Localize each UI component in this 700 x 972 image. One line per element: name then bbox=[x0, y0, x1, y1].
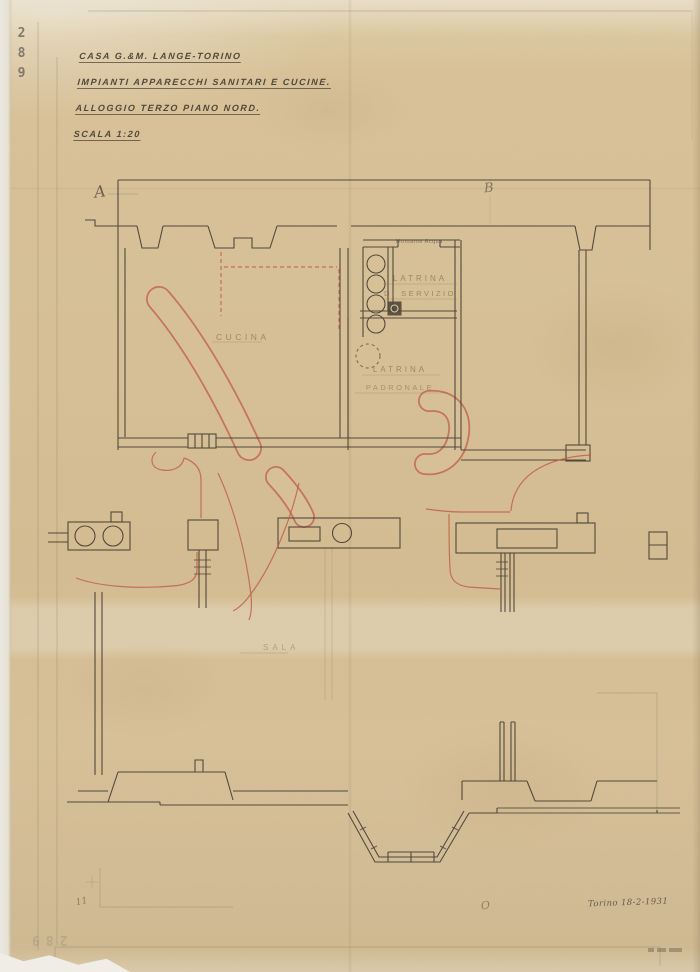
red-pipe-lines bbox=[76, 252, 591, 620]
north-wall bbox=[85, 180, 650, 250]
torn-edge-bottom-left bbox=[0, 948, 130, 972]
right-room-walls bbox=[461, 250, 590, 461]
title-line-4: SCALA 1:20 bbox=[73, 129, 141, 141]
kitchen-walls bbox=[118, 180, 461, 450]
archive-stamp-bottom: 289 bbox=[26, 932, 67, 947]
paper-stain bbox=[520, 280, 700, 410]
pipe-shaft-circles bbox=[356, 255, 385, 368]
illegible-annotation bbox=[648, 948, 686, 952]
title-block: CASA G.&M. LANGE-TORINO IMPIANTI APPAREC… bbox=[72, 50, 333, 154]
paper-stain bbox=[60, 640, 230, 740]
middle-spine bbox=[48, 512, 667, 612]
double-sink-fixture bbox=[68, 522, 130, 550]
room-labels: CUCINA LATRINA DI SERVIZIO LATRINA PADRO… bbox=[216, 239, 456, 652]
center-pier-block bbox=[278, 518, 400, 548]
flue-block bbox=[188, 520, 218, 550]
edge-fixture-box bbox=[649, 532, 667, 559]
bay-window-outer bbox=[348, 813, 469, 862]
drain-box-symbol bbox=[388, 302, 401, 315]
label-rules bbox=[212, 284, 457, 653]
paper-light-band-top bbox=[0, 0, 700, 36]
future-fixture-dashed-circle bbox=[356, 344, 380, 368]
paper-light-band-middle bbox=[0, 596, 700, 660]
window-mullion-notch bbox=[195, 760, 203, 772]
room-label-kitchen: CUCINA bbox=[216, 332, 270, 342]
sill-box bbox=[566, 445, 590, 461]
pencil-border-lines bbox=[38, 11, 692, 966]
drawing-sheet: CUCINA LATRINA DI SERVIZIO LATRINA PADRO… bbox=[0, 0, 700, 972]
right-pier-block bbox=[456, 523, 595, 553]
riser-note-label: Montante Acqua bbox=[396, 239, 443, 245]
paper-stain bbox=[400, 720, 610, 850]
corner-mark-left: 11 bbox=[75, 896, 88, 908]
south-wall bbox=[67, 592, 680, 862]
section-marker-b: B bbox=[483, 181, 494, 197]
archive-stamp-top: 289 bbox=[14, 26, 29, 86]
room-label-latrine-master-2: PADRONALE bbox=[366, 383, 434, 392]
title-line-3: ALLOGGIO TERZO PIANO NORD. bbox=[75, 103, 261, 115]
corner-mark-center: O bbox=[480, 899, 490, 913]
section-marker-a: A bbox=[93, 181, 107, 201]
paper-light-band-bottom bbox=[0, 948, 700, 972]
paper-fold-vertical bbox=[348, 0, 352, 972]
radiator-symbol bbox=[188, 434, 216, 448]
title-line-2: IMPIANTI APPARECCHI SANITARI E CUCINE. bbox=[77, 77, 331, 89]
room-label-latrine-service-1: LATRINA bbox=[393, 274, 447, 283]
title-line-1: CASA G.&M. LANGE-TORINO bbox=[79, 51, 242, 63]
date-signature: Torino 18-2-1931 bbox=[588, 897, 669, 910]
red-ribbon-pipes bbox=[159, 299, 459, 517]
room-label-hall: SALA bbox=[263, 643, 299, 652]
latrine-block bbox=[348, 240, 461, 450]
scan-edge-right bbox=[692, 0, 700, 972]
ink-walls bbox=[48, 180, 680, 862]
scan-edge-left bbox=[0, 0, 12, 972]
bay-window-inner bbox=[353, 811, 464, 857]
room-label-latrine-service-2: DI SERVIZIO bbox=[384, 289, 456, 298]
room-label-latrine-master-1: LATRINA bbox=[373, 365, 427, 374]
drain-box-circle bbox=[391, 305, 398, 312]
